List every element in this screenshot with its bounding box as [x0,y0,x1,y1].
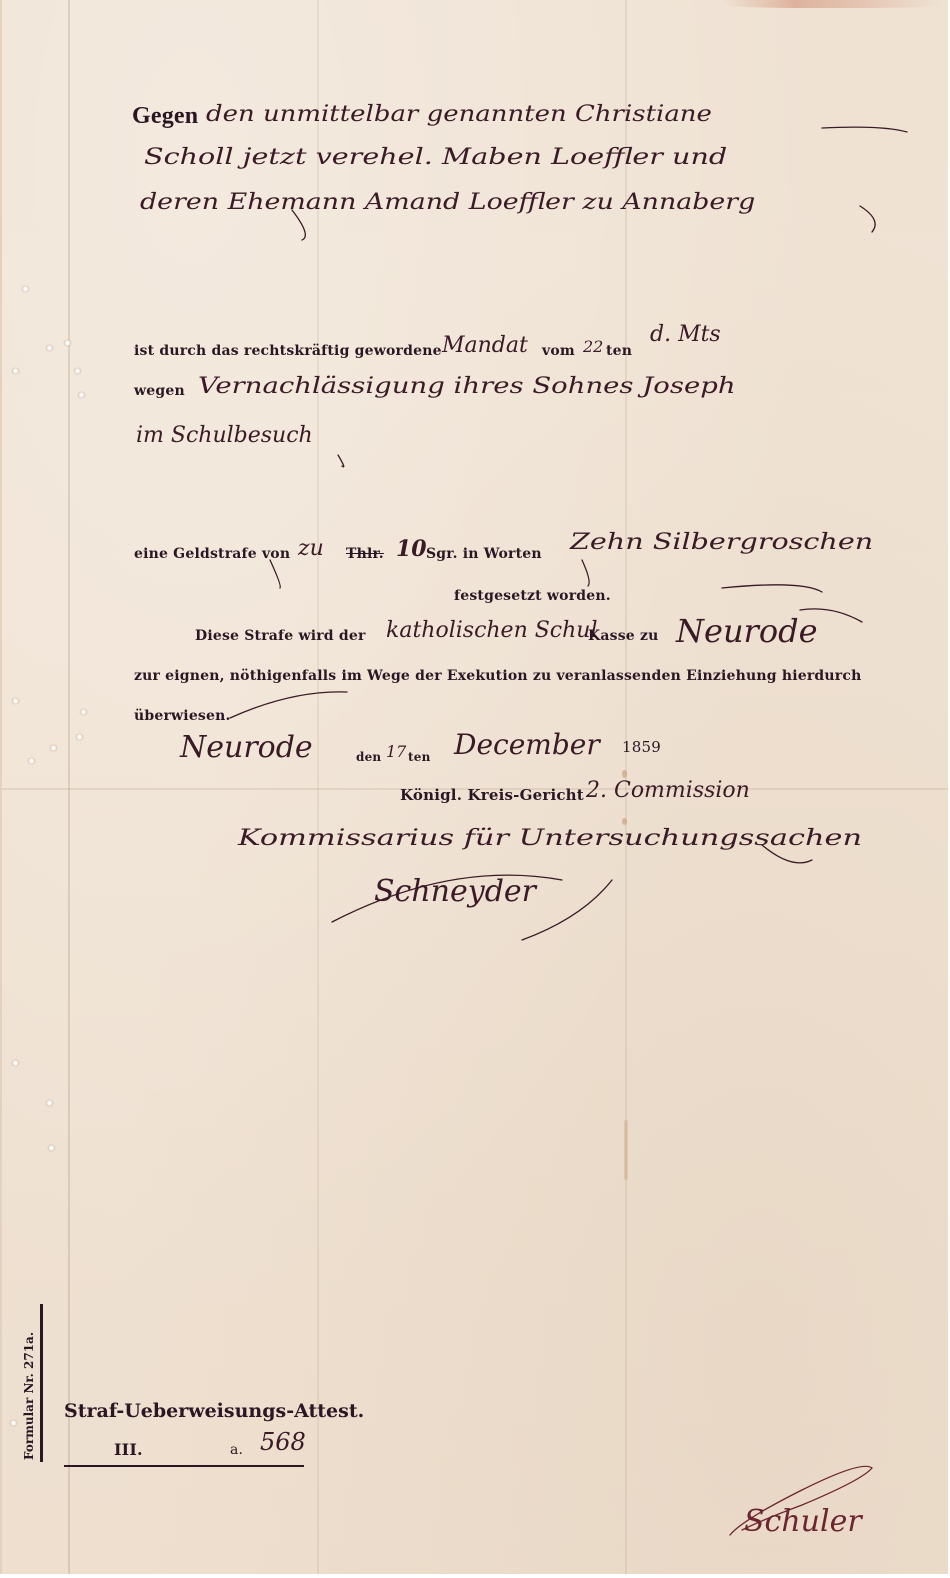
punch-hole [28,758,35,764]
stain-spot [622,818,627,825]
printed-den: den [356,750,381,764]
handwritten-date-day: 17 [386,742,406,761]
punch-hole [80,709,87,715]
handwritten-accused-line3: deren Ehemann Amand Loeffler zu Annaberg [140,190,755,215]
date-year: 1859 [622,738,661,756]
bottom-signature: Schuler [744,1504,862,1539]
printed-kasse: Kasse zu [588,628,659,644]
punch-hole [12,1060,19,1066]
printed-wegen: wegen [134,383,185,399]
punch-hole [46,1100,53,1106]
form-number-label: Formular Nr. 271a. [22,1332,36,1460]
handwritten-reason-line1: Vernachlässigung ihres Sohnes Joseph [198,374,736,399]
edge-stain [722,0,942,8]
handwritten-date-month: December [454,728,600,761]
handwritten-decree-day: 22 [583,337,603,356]
punch-hole [46,345,53,351]
handwritten-date-place: Neurode [180,730,313,765]
punch-hole [12,698,19,704]
handwritten-fund-name: katholischen Schul [386,618,598,643]
stain-spot [622,770,627,778]
fold-line-left [68,0,70,1574]
document-page: Gegen den unmittelbar genannten Christia… [0,0,948,1574]
punch-hole [76,734,83,740]
handwritten-amount-in-words: Zehn Silbergroschen [570,530,873,555]
printed-court-name: Königl. Kreis-Gericht [400,786,584,804]
register-underline [64,1465,304,1467]
handwritten-accused-line1: den unmittelbar genannten Christiane [206,102,712,127]
punch-hole [50,745,57,751]
handwritten-thaler-amount: zu [298,536,324,561]
printed-transfer-line2: zur eignen, nöthigenfalls im Wege der Ex… [134,668,861,684]
printed-transfer-line3: überwiesen. [134,708,231,724]
printed-date-ten: ten [408,750,431,764]
printed-transfer-intro: Diese Strafe wird der [195,628,366,644]
register-roman-numeral: III. [114,1440,143,1459]
printed-fixed: festgesetzt worden. [454,588,611,604]
printed-ten: ten [606,343,632,359]
handwritten-reason-line2: im Schulbesuch [136,423,313,448]
punch-hole [74,368,81,374]
handwritten-accused-line2: Scholl jetzt verehel. Maben Loeffler und [144,145,727,170]
handwritten-court-suffix: 2. Commission [586,778,750,803]
handwritten-decree-type: Mandat [442,333,528,358]
printed-decree-text: ist durch das rechtskräftig gewordene [134,343,442,359]
punch-hole [48,1145,55,1151]
handwritten-sgr-amount: 10 [396,536,427,562]
fold-line-center [317,0,319,1574]
register-number: 568 [260,1428,306,1456]
register-letter: a. [230,1442,243,1458]
printed-thaler-unit: Thlr. [346,546,384,562]
handwritten-court-line2: Kommissarius für Untersuchungssachen [238,826,862,851]
printed-vom: vom [542,343,575,359]
form-title: Straf-Ueberweisungs-Attest. [64,1400,364,1422]
stain-streak [624,1120,628,1180]
printed-sgr-unit: Sgr. in Worten [426,546,542,562]
handwritten-transfer-place: Neurode [676,612,818,650]
punch-hole [78,392,85,398]
printed-fine-intro: eine Geldstrafe von [134,546,290,562]
form-number-rule [40,1304,43,1462]
punch-hole [12,368,19,374]
punch-hole [10,1420,17,1426]
punch-hole [64,340,71,346]
punch-hole [22,286,29,292]
printed-gegen: Gegen [132,103,198,130]
judge-signature: Schneyder [374,874,536,909]
handwritten-decree-month: d. Mts [650,322,721,347]
